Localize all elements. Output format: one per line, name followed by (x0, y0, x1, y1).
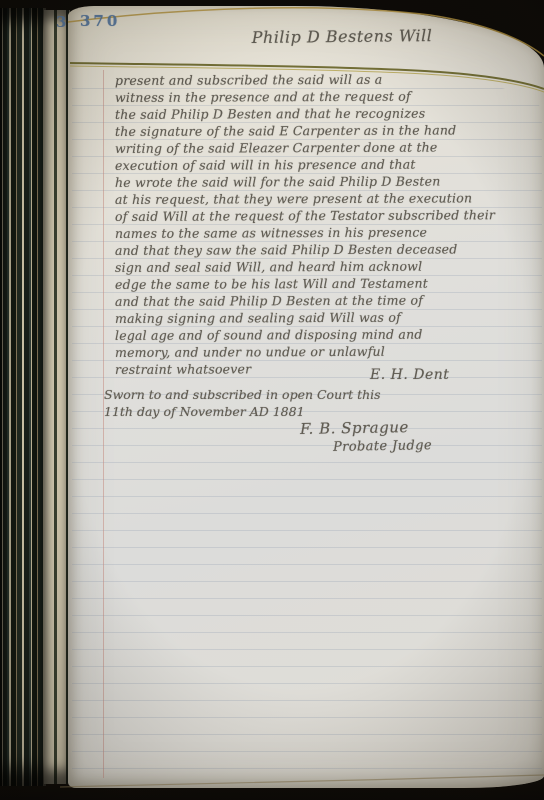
body-line: of said Will at the request of the Testa… (115, 206, 539, 225)
body-line: writing of the said Eleazer Carpenter do… (115, 138, 539, 157)
witness-signature: E. H. Dent (370, 367, 449, 383)
body-line: making signing and sealing said Will was… (115, 308, 539, 327)
body-line: restraint whatsoever (115, 359, 539, 378)
judge-signature: F. B. Sprague (300, 418, 409, 438)
body-line: witness in the presence and at the reque… (115, 87, 539, 106)
body-line: and that the said Philip D Besten at the… (115, 291, 539, 310)
handwritten-body: present and subscribed the said will as … (115, 71, 539, 377)
body-line: names to the same as witnesses in his pr… (115, 223, 539, 242)
jurat-statement: Sworn to and subscribed in open Court th… (104, 386, 381, 420)
scanned-probate-record-photo: 3 370 Philip D Bestens Will present and … (0, 0, 544, 800)
body-line: and that they saw the said Philip D Best… (115, 240, 539, 259)
page-bottom-edge-line (60, 775, 544, 787)
body-line: the signature of the said E Carpenter as… (115, 121, 539, 140)
body-line: he wrote the said will for the said Phil… (115, 172, 539, 191)
body-line: present and subscribed the said will as … (115, 70, 539, 89)
record-title: Philip D Bestens Will (222, 26, 462, 48)
body-line: the said Philip D Besten and that he rec… (115, 104, 539, 123)
folio-page-number: 370 (80, 12, 120, 30)
body-line: sign and seal said Will, and heard him a… (115, 257, 539, 276)
body-line: legal age and of sound and disposing min… (115, 325, 539, 344)
body-line: edge the same to be his last Will and Te… (115, 274, 539, 293)
body-line: at his request, that they were present a… (115, 189, 539, 208)
adjacent-folio-number: 3 (56, 13, 66, 31)
judge-title: Probate Judge (333, 438, 432, 455)
body-line: memory, and under no undue or unlawful (115, 342, 539, 361)
jurat-line: 11th day of November AD 1881 (104, 403, 381, 420)
jurat-line: Sworn to and subscribed in open Court th… (104, 386, 381, 403)
body-line: execution of said will in his presence a… (115, 155, 539, 174)
